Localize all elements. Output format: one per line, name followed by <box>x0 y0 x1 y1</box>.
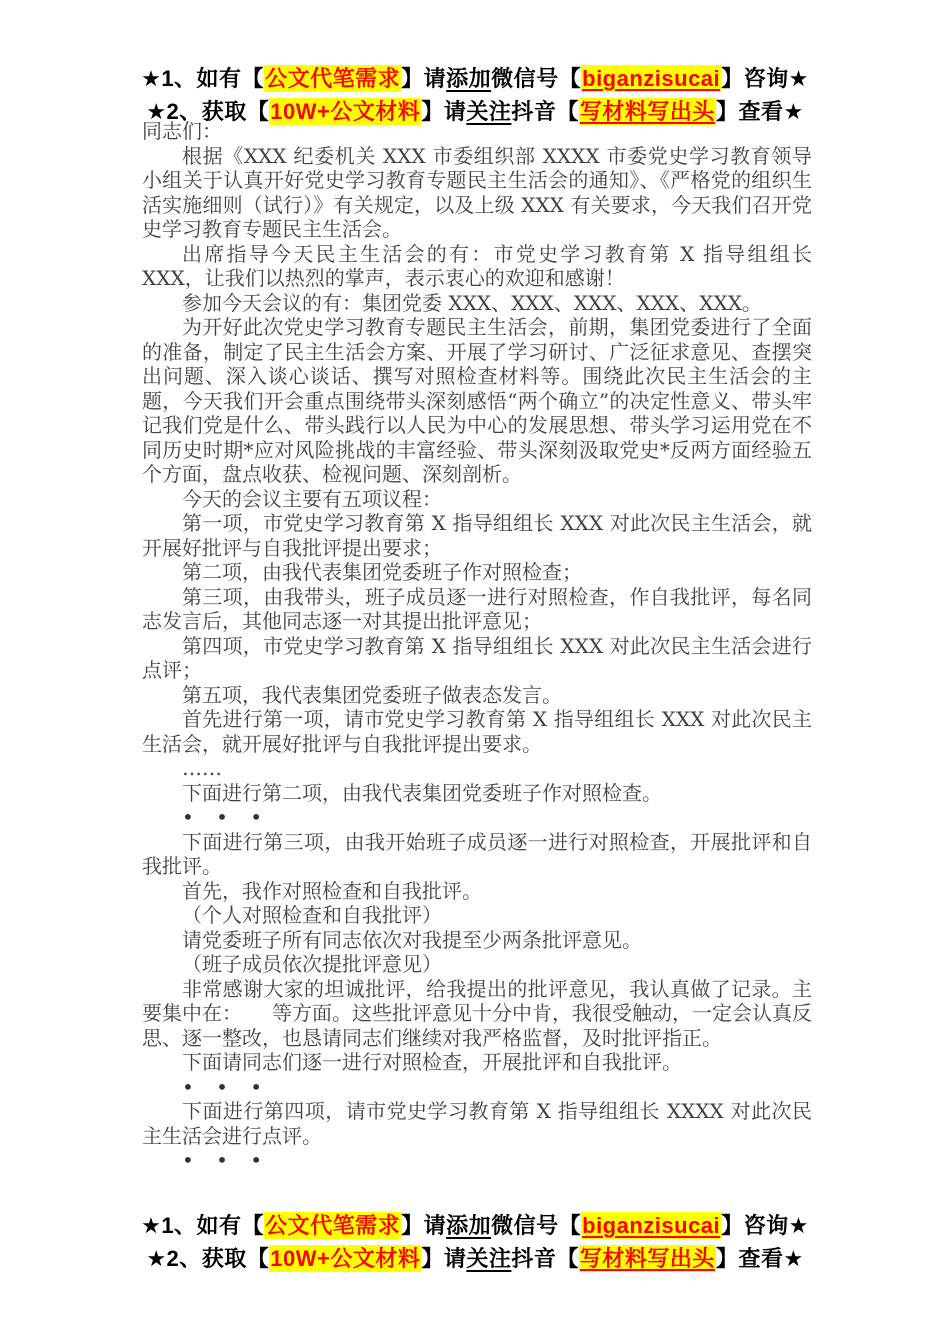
promo-douyin-label-footer: 抖音【 <box>511 1246 579 1271</box>
paragraph-participants: 参加今天会议的有：集团党委 XXX、XXX、XXX、XXX、XXX。 <box>142 291 812 316</box>
promo-bracket-mid-footer: 】请 <box>401 1213 446 1238</box>
stage-note-personal-review: （个人对照检查和自我批评） <box>142 903 812 928</box>
underline-add-word-footer: 添加 <box>446 1213 491 1238</box>
document-page: ★1、如有【公文代笔需求】请添加微信号【biganzisucai】咨询★ ★2、… <box>0 0 950 1344</box>
paragraph-self-review: 首先，我作对照检查和自我批评。 <box>142 879 812 904</box>
agenda-item-2: 第二项，由我代表集团党委班子作对照检查； <box>142 560 812 585</box>
paragraph-third-item: 下面进行第三项，由我开始班子成员逐一进行对照检查，开展批评和自我批评。 <box>142 830 812 879</box>
paragraph-attending-guidance: 出席指导今天民主生活会的有：市党史学习教育第 X 指导组组长 XXX，让我们以热… <box>142 242 812 291</box>
promo-star-prefix-2-footer: ★2、获取【 <box>146 1246 269 1271</box>
wechat-id-highlight-footer: biganzisucai <box>581 1212 721 1239</box>
agenda-item-5: 第五项，我代表集团党委班子做表态发言。 <box>142 683 812 708</box>
promo-banner-footer: ★1、如有【公文代笔需求】请添加微信号【biganzisucai】咨询★ ★2、… <box>0 1209 950 1275</box>
paragraph-thanks: 非常感谢大家的坦诚批评，给我提出的批评意见，我认真做了记录。主要集中在： 等方面… <box>142 977 812 1051</box>
promo-star-prefix: ★1、如有【 <box>141 66 264 91</box>
promo-consult-suffix: 】咨询★ <box>721 66 809 91</box>
underline-follow-word-footer: 关注 <box>466 1246 511 1271</box>
promo-footer-line-2: ★2、获取【10W+公文材料】请关注抖音【写材料写出头】查看★ <box>0 1242 950 1275</box>
highlight-materials-phrase-footer: 10W+公文材料 <box>269 1245 421 1272</box>
promo-bracket-mid: 】请 <box>401 66 446 91</box>
promo-footer-line-1: ★1、如有【公文代笔需求】请添加微信号【biganzisucai】咨询★ <box>0 1209 950 1242</box>
highlight-writing-service-phrase-footer: 公文代笔需求 <box>264 1212 401 1239</box>
stage-note-members-criticism: （班子成员依次提批评意见） <box>142 952 812 977</box>
paragraph-request-criticism: 请党委班子所有同志依次对我提至少两条批评意见。 <box>142 928 812 953</box>
dots-separator-1: • • • <box>142 805 812 830</box>
promo-wechat-label-footer: 微信号【 <box>491 1213 581 1238</box>
promo-view-suffix-footer: 】查看★ <box>716 1246 804 1271</box>
highlight-writing-service-phrase: 公文代笔需求 <box>264 65 401 92</box>
underline-add-word: 添加 <box>446 66 491 91</box>
paragraph-agenda-intro: 今天的会议主要有五项议程： <box>142 487 812 512</box>
document-body: 同志们： 根据《XXX 纪委机关 XXX 市委组织部 XXXX 市委党史学习教育… <box>142 119 812 1173</box>
agenda-item-4: 第四项，市党史学习教育第 X 指导组组长 XXX 对此次民主生活会进行点评； <box>142 634 812 683</box>
promo-header-line-1: ★1、如有【公文代笔需求】请添加微信号【biganzisucai】咨询★ <box>0 62 950 95</box>
douyin-id-highlight-footer: 写材料写出头 <box>579 1245 716 1272</box>
agenda-item-1: 第一项，市党史学习教育第 X 指导组组长 XXX 对此次民主生活会，就开展好批评… <box>142 511 812 560</box>
paragraph-preparation: 为开好此次党史学习教育专题民主生活会，前期，集团党委进行了全面的准备，制定了民主… <box>142 315 812 487</box>
paragraph-first-item-start: 首先进行第一项，请市党史学习教育第 X 指导组组长 XXX 对此次民主生活会，就… <box>142 707 812 756</box>
dots-separator-2: • • • <box>142 1075 812 1100</box>
promo-wechat-label: 微信号【 <box>491 66 581 91</box>
ellipsis-separator: …… <box>142 756 812 781</box>
promo-star-prefix-footer: ★1、如有【 <box>141 1213 264 1238</box>
wechat-id-highlight: biganzisucai <box>581 65 721 92</box>
salutation: 同志们： <box>142 119 812 144</box>
promo-consult-suffix-footer: 】咨询★ <box>721 1213 809 1238</box>
promo-bracket-mid-2-footer: 】请 <box>421 1246 466 1271</box>
paragraph-invite-others: 下面请同志们逐一进行对照检查，开展批评和自我批评。 <box>142 1050 812 1075</box>
agenda-item-3: 第三项，由我带头，班子成员逐一进行对照检查，作自我批评，每名同志发言后，其他同志… <box>142 585 812 634</box>
paragraph-fourth-item: 下面进行第四项，请市党史学习教育第 X 指导组组长 XXXX 对此次民主生活会进… <box>142 1099 812 1148</box>
paragraph-basis: 根据《XXX 纪委机关 XXX 市委组织部 XXXX 市委党史学习教育领导小组关… <box>142 144 812 242</box>
paragraph-second-item: 下面进行第二项，由我代表集团党委班子作对照检查。 <box>142 781 812 806</box>
dots-separator-3: • • • <box>142 1148 812 1173</box>
